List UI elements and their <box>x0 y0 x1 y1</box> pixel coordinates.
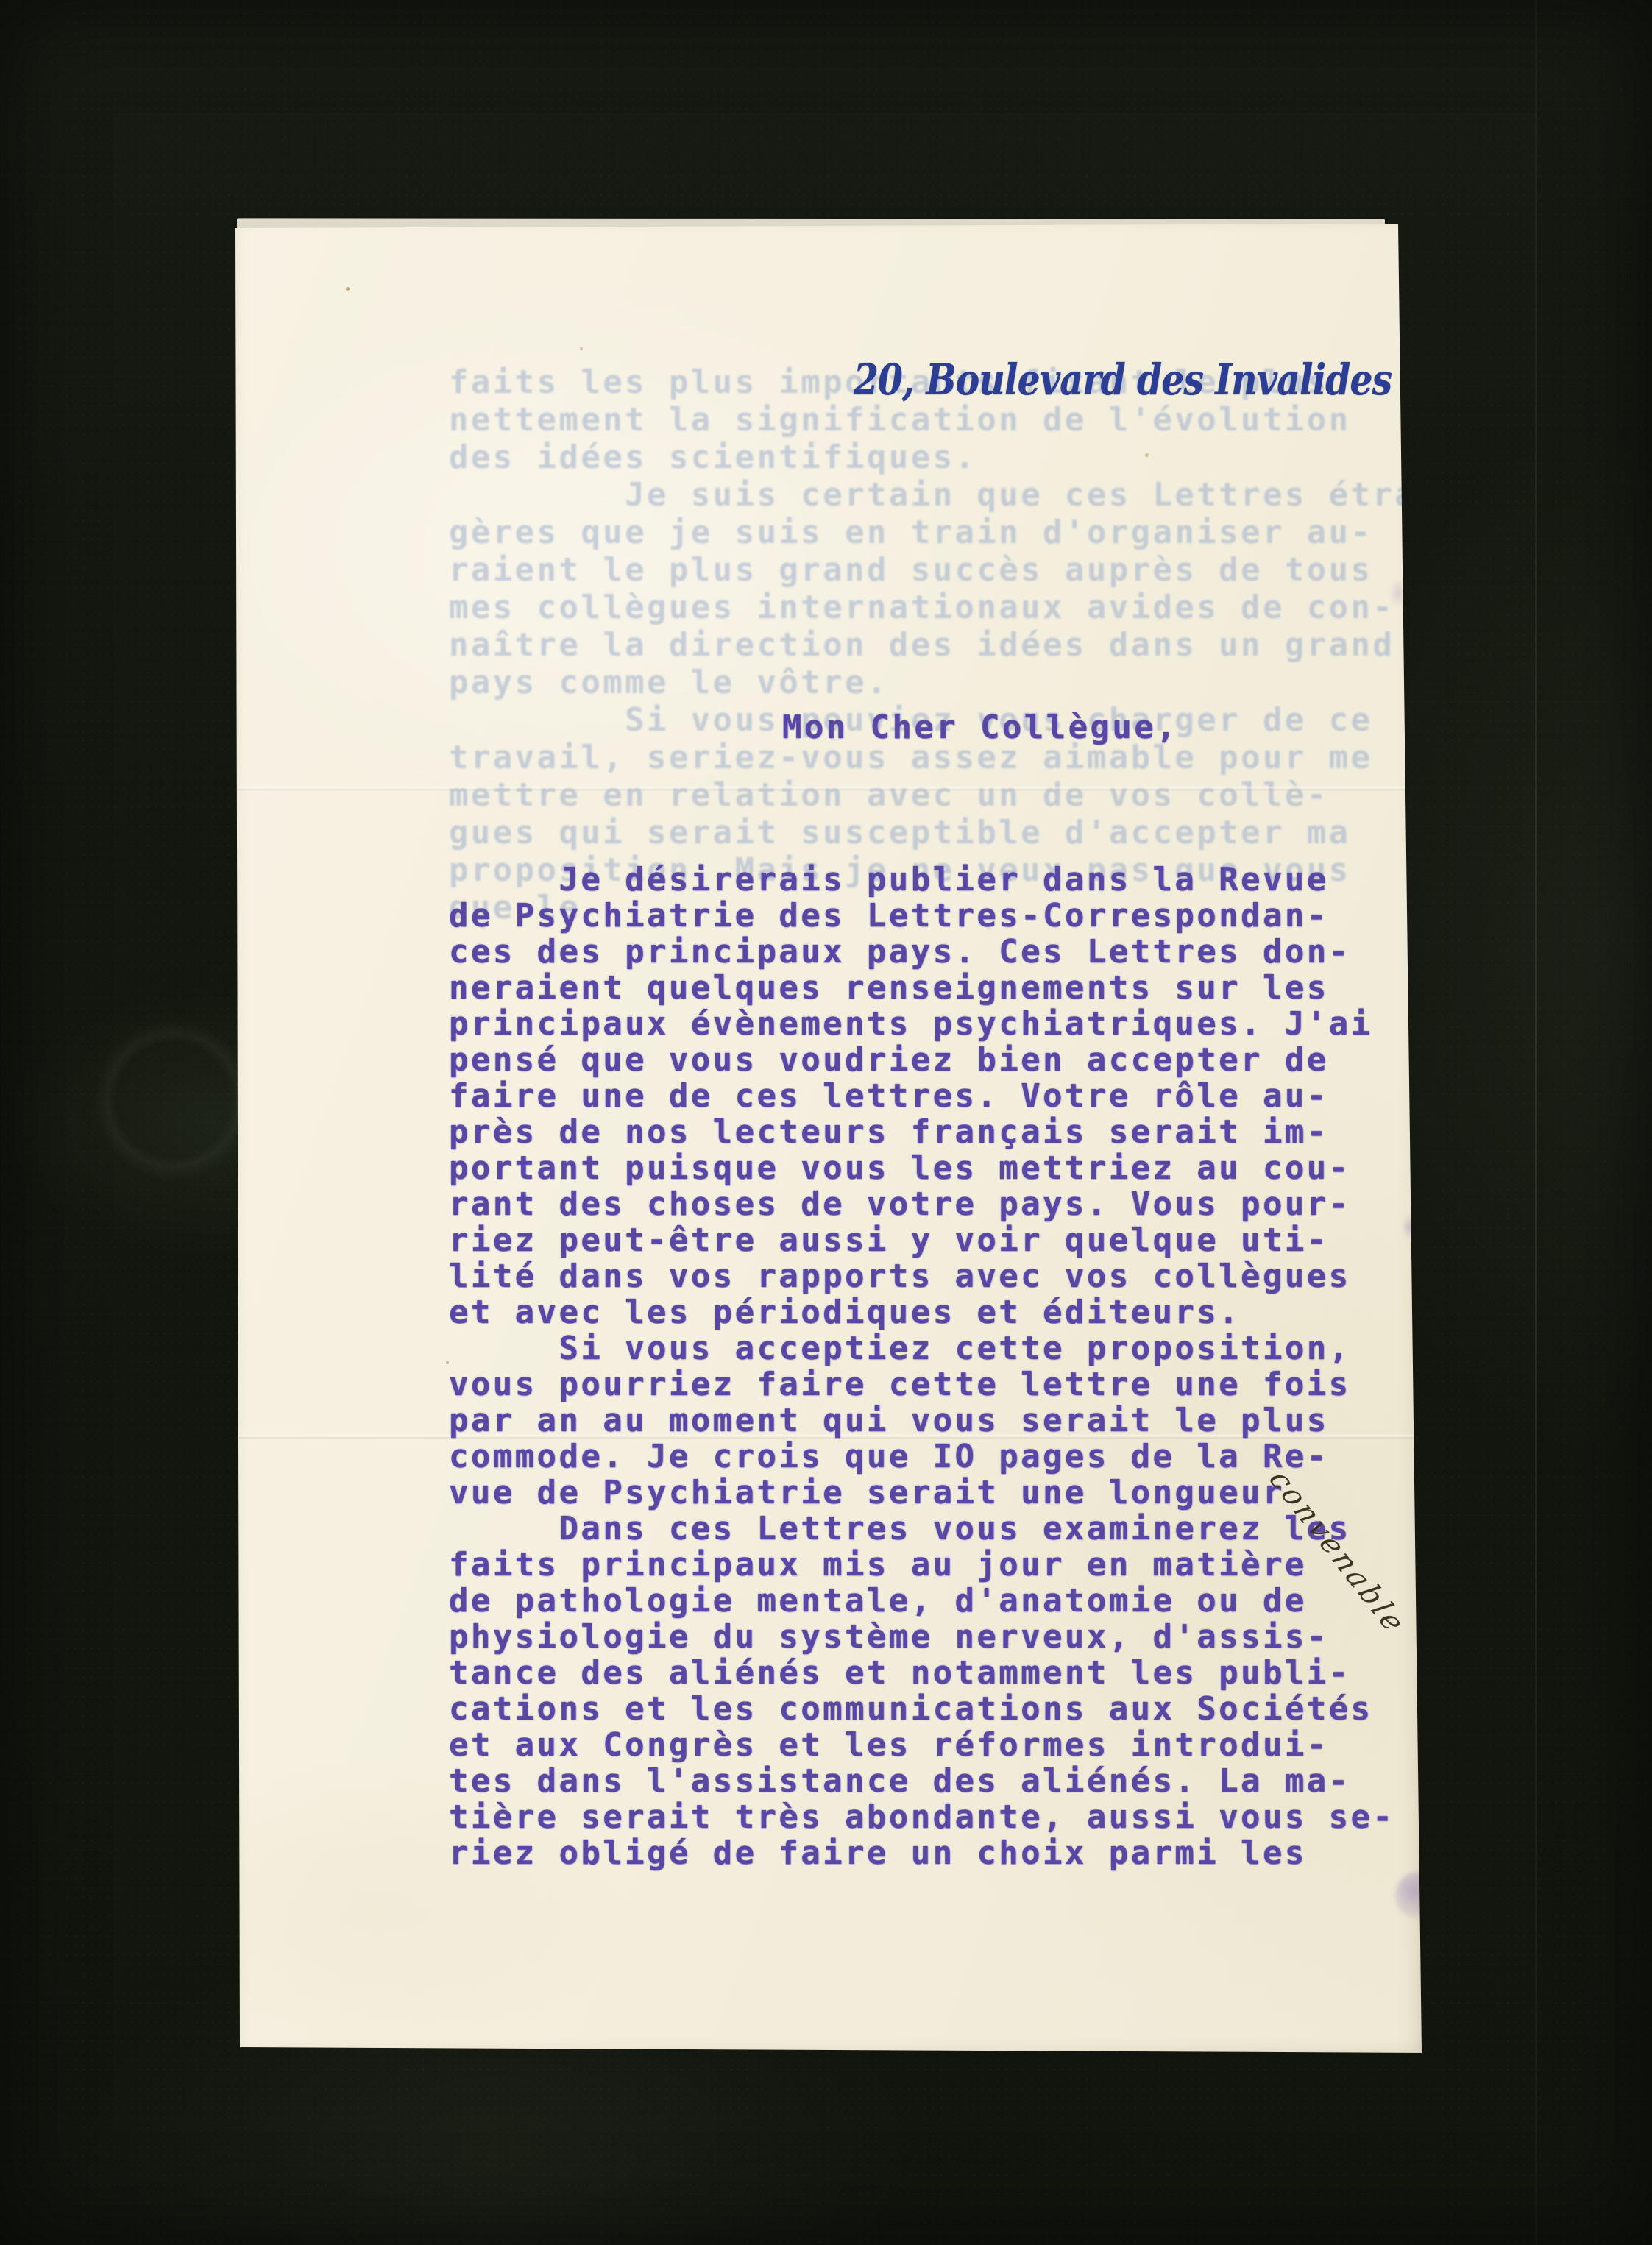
paper-edge-shading <box>234 224 1425 2057</box>
album-page-edge <box>1535 0 1537 2245</box>
letter-page: faits les plus importants fixant le plus… <box>234 224 1425 2057</box>
